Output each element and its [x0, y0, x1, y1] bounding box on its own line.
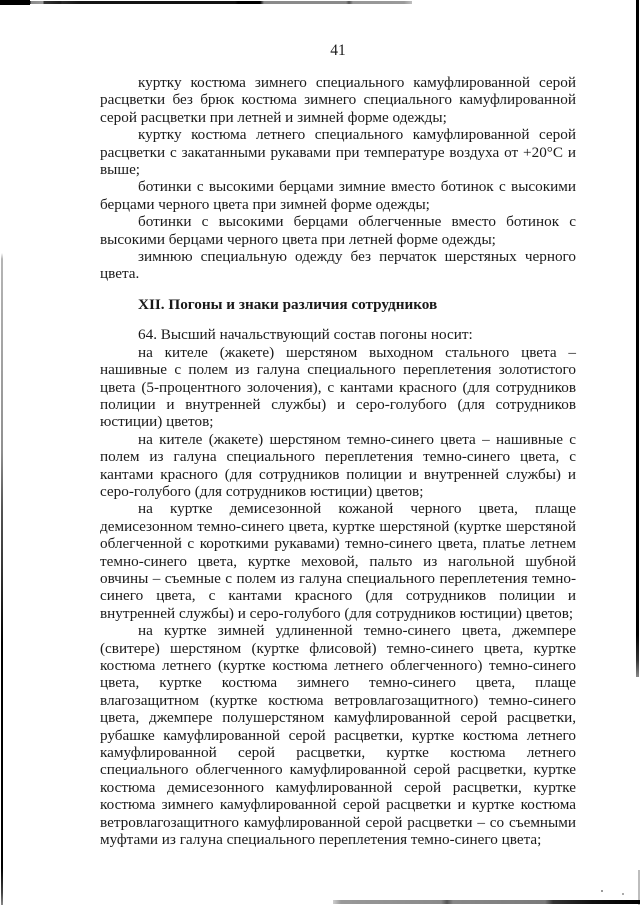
scan-artifact-top-edge [0, 1, 412, 4]
paragraph-winter-boots: ботинки с высокими берцами зимние вместо… [100, 178, 576, 213]
paragraph-winter-suit-jacket: куртку костюма зимнего специального каму… [100, 74, 576, 126]
scan-artifact-bottom-edge [333, 900, 640, 904]
scan-artifact-speck [601, 890, 603, 892]
paragraph-summer-suit-jacket: куртку костюма летнего специального каму… [100, 126, 576, 178]
paragraph-tunic-dark-blue: на кителе (жакете) шерстяном темно-синег… [100, 431, 576, 501]
paragraph-winter-special-clothes: зимнюю специальную одежду без перчаток ш… [100, 248, 576, 283]
paragraph-demi-season-jacket: на куртке демисезонной кожаной черного ц… [100, 500, 576, 622]
scan-artifact-speck [622, 893, 624, 895]
paragraph-tunic-steel-color: на кителе (жакете) шерстяном выходном ст… [100, 344, 576, 431]
paragraph-light-boots: ботинки с высокими берцами облегченные в… [100, 213, 576, 248]
document-body: куртку костюма зимнего специального каму… [100, 74, 576, 848]
paragraph-item-64: 64. Высший начальствующий состав погоны … [100, 326, 576, 343]
scanned-document-page: 41 куртку костюма зимнего специального к… [0, 0, 640, 905]
scan-artifact-right-edge [636, 0, 639, 677]
paragraph-winter-jacket-list: на куртке зимней удлиненной темно-синего… [100, 622, 576, 848]
scan-artifact-left-edge [1, 253, 3, 905]
section-heading: XII. Погоны и знаки различия сотрудников [138, 296, 576, 313]
scan-artifact-top-left-edge [0, 0, 30, 5]
page-number: 41 [100, 42, 576, 59]
